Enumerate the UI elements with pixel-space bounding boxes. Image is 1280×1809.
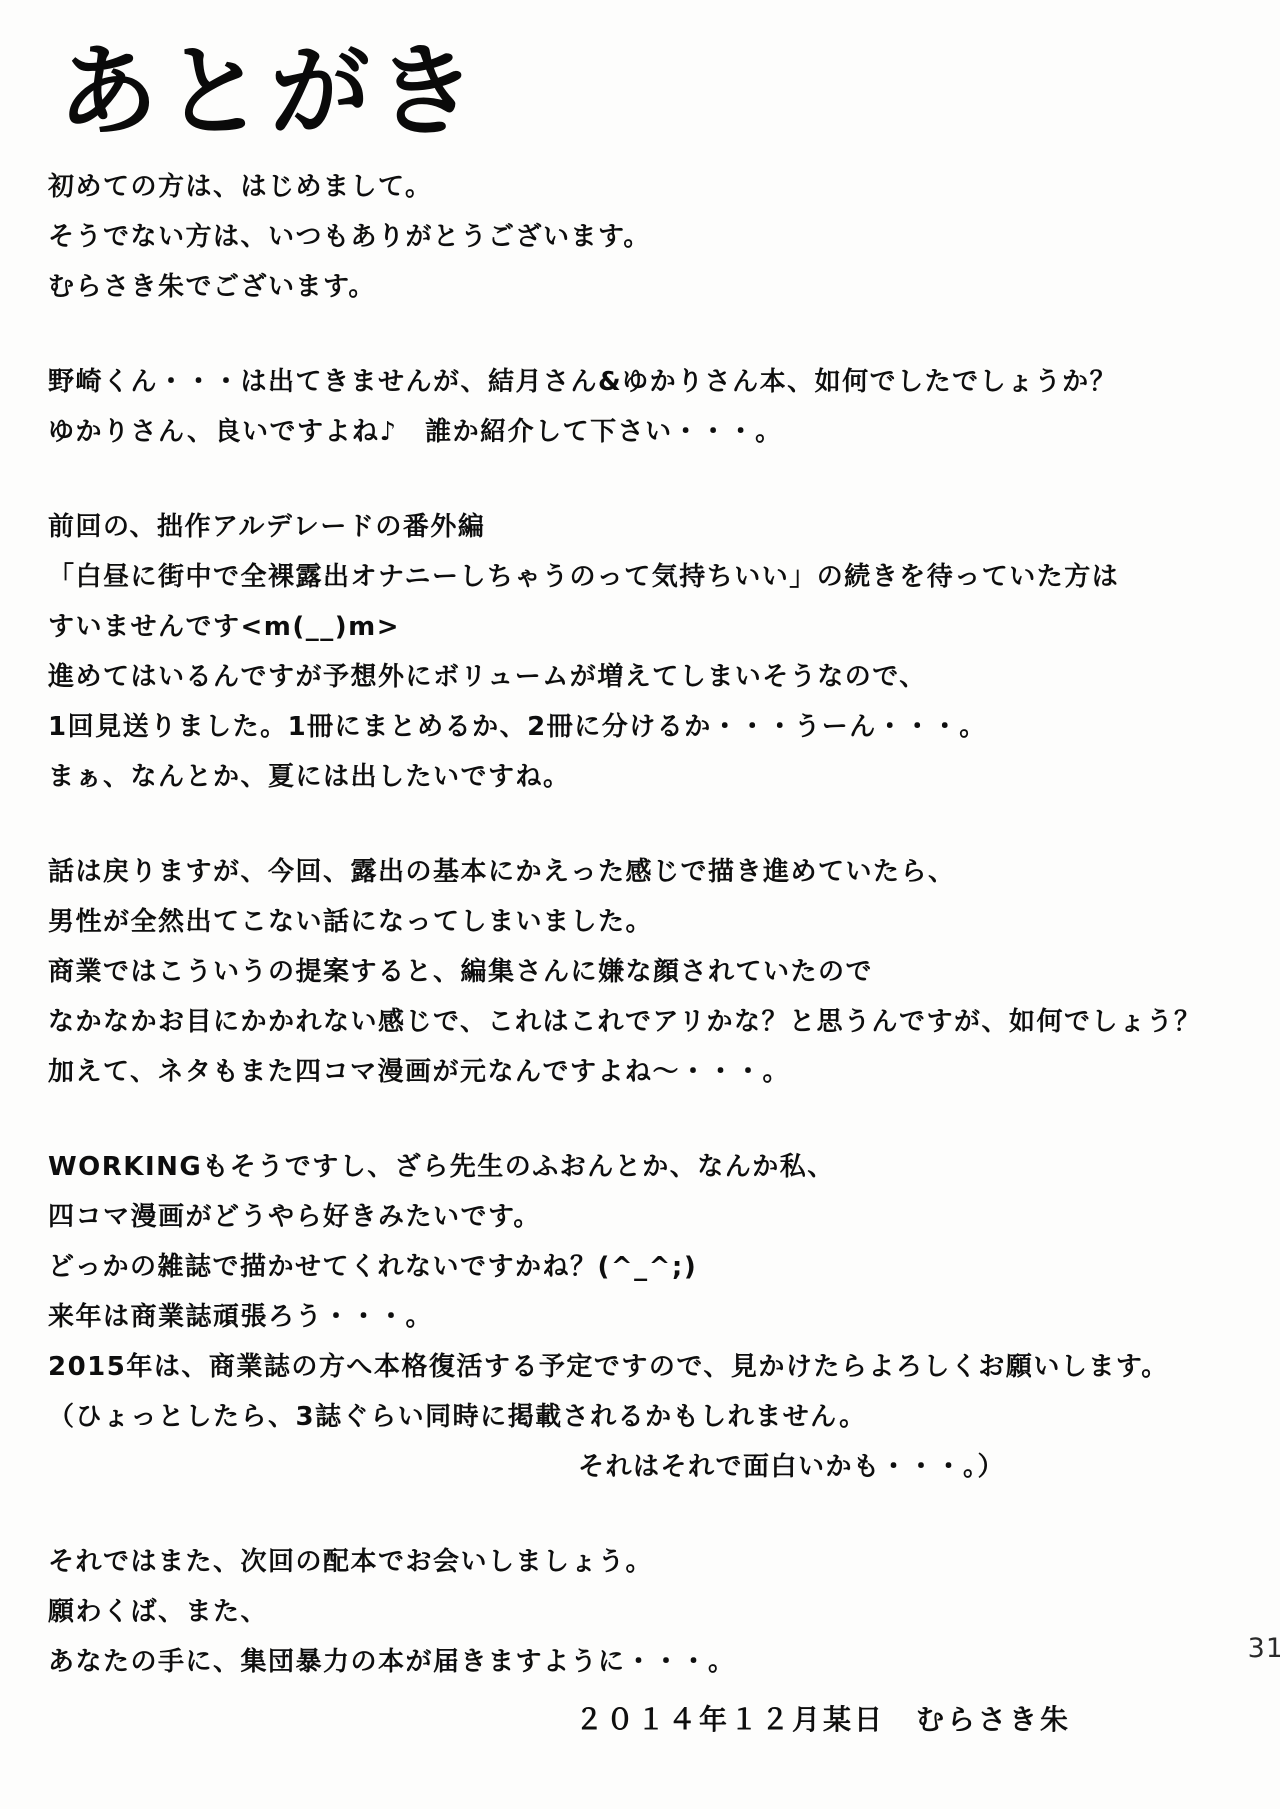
text-line: WORKINGもそうですし、ざら先生のふおんとか、なんか私、 (48, 1142, 1280, 1192)
text-line: それではまた、次回の配本でお会いしましょう。 (48, 1537, 1280, 1587)
text-line: 四コマ漫画がどうやら好きみたいです。 (48, 1192, 1280, 1242)
paragraph-farewell: それではまた、次回の配本でお会いしましょう。 願わくば、また、 あなたの手に、集… (48, 1537, 1280, 1687)
text-line: 初めての方は、はじめまして。 (48, 162, 1280, 212)
text-line: 「白昼に街中で全裸露出オナニーしちゃうのって気持ちいい」の続きを待っていた方は (48, 552, 1280, 602)
afterword-page: あとがき 初めての方は、はじめまして。 そうでない方は、いつもありがとうございま… (0, 0, 1280, 1809)
paragraph-book-comment: 野崎くん・・・は出てきませんが、結月さん&ゆかりさん本、如何でしたでしょうか？ … (48, 357, 1280, 457)
page-number: 31 (1248, 1633, 1280, 1664)
text-line: 願わくば、また、 (48, 1587, 1280, 1637)
text-line: むらさき朱でございます。 (48, 262, 1280, 312)
text-line: ゆかりさん、良いですよね♪ 誰か紹介して下さい・・・。 (48, 407, 1280, 457)
text-line: 商業ではこういうの提案すると、編集さんに嫌な顔されていたので (48, 947, 1280, 997)
text-line: それはそれで面白いかも・・・。） (48, 1442, 1280, 1492)
paragraph-greeting: 初めての方は、はじめまして。 そうでない方は、いつもありがとうございます。 むら… (48, 162, 1280, 312)
text-line: （ひょっとしたら、3誌ぐらい同時に掲載されるかもしれません。 (48, 1392, 1280, 1442)
text-line: なかなかお目にかかれない感じで、これはこれでアリかな？と思うんですが、如何でしょ… (48, 997, 1280, 1047)
text-line: 野崎くん・・・は出てきませんが、結月さん&ゆかりさん本、如何でしたでしょうか？ (48, 357, 1280, 407)
text-line: 話は戻りますが、今回、露出の基本にかえった感じで描き進めていたら、 (48, 847, 1280, 897)
text-line: 1回見送りました。1冊にまとめるか、2冊に分けるか・・・うーん・・・。 (48, 702, 1280, 752)
text-line: 加えて、ネタもまた四コマ漫画が元なんですよね～・・・。 (48, 1047, 1280, 1097)
date-signature: ２０１４年１２月某日 むらさき朱 (575, 1698, 1071, 1738)
text-line: 男性が全然出てこない話になってしまいました。 (48, 897, 1280, 947)
text-line: 2015年は、商業誌の方へ本格復活する予定ですので、見かけたらよろしくお願いしま… (48, 1342, 1280, 1392)
paragraph-current-work: 話は戻りますが、今回、露出の基本にかえった感じで描き進めていたら、 男性が全然出… (48, 847, 1280, 1097)
paragraph-previous-work: 前回の、拙作アルデレードの番外編 「白昼に街中で全裸露出オナニーしちゃうのって気… (48, 502, 1280, 802)
text-line: 来年は商業誌頑張ろう・・・。 (48, 1292, 1280, 1342)
text-line: まぁ、なんとか、夏には出したいですね。 (48, 752, 1280, 802)
text-line: そうでない方は、いつもありがとうございます。 (48, 212, 1280, 262)
page-title: あとがき (58, 42, 1280, 142)
text-line: 前回の、拙作アルデレードの番外編 (48, 502, 1280, 552)
text-line: すいませんです<m(__)m> (48, 602, 1280, 652)
text-line: あなたの手に、集団暴力の本が届きますように・・・。 (48, 1637, 1280, 1687)
text-line: 進めてはいるんですが予想外にボリュームが増えてしまいそうなので、 (48, 652, 1280, 702)
paragraph-yonkoma: WORKINGもそうですし、ざら先生のふおんとか、なんか私、 四コマ漫画がどうや… (48, 1142, 1280, 1492)
text-line: どっかの雑誌で描かせてくれないですかね？(^_^;) (48, 1242, 1280, 1292)
